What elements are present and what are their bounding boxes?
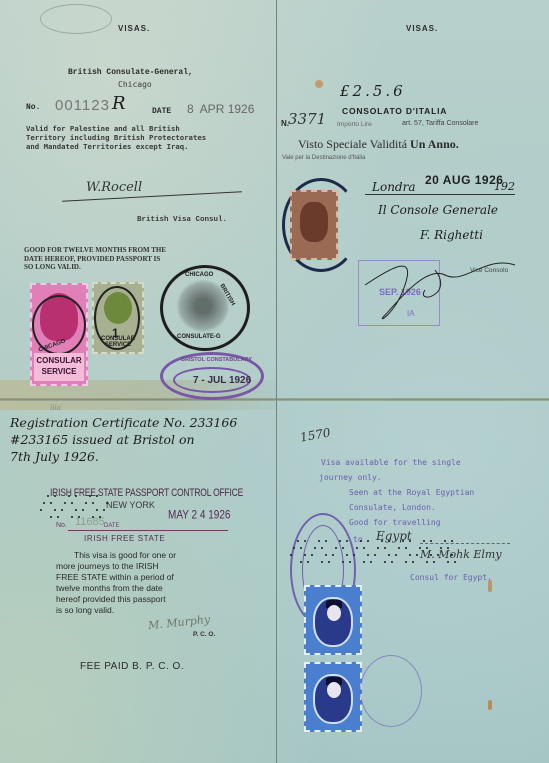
perforation-dot bbox=[325, 540, 327, 542]
perforation-dot bbox=[346, 540, 348, 542]
perforation-dot bbox=[92, 516, 94, 518]
consular-service-stamp-pink: CHICAGO CONSULAR SERVICE bbox=[30, 283, 88, 386]
date-value: 8 APR 1926 bbox=[187, 102, 254, 116]
king-portrait-icon bbox=[300, 202, 328, 242]
perforation-dot bbox=[321, 547, 323, 549]
perforation-dot bbox=[374, 554, 376, 556]
perforation-dot bbox=[388, 540, 390, 542]
perforation-dot bbox=[50, 502, 52, 504]
irish-visa-body: This visa is good for one or more journe… bbox=[56, 550, 230, 616]
perforation-dot bbox=[409, 554, 411, 556]
perforation-dot bbox=[444, 540, 446, 542]
perforation-dot bbox=[85, 502, 87, 504]
registration-certificate-note: Registration Certificate No. 233166 #233… bbox=[10, 414, 237, 465]
perforation-dot bbox=[451, 554, 453, 556]
king-fuad-portrait-icon bbox=[327, 605, 341, 621]
page-divider-horizontal bbox=[0, 398, 549, 401]
irish-date-label: DATE bbox=[104, 523, 120, 529]
perforation-dot bbox=[384, 561, 386, 563]
perforation-dot bbox=[342, 561, 344, 563]
consul-signature: W.Rocell bbox=[86, 180, 142, 195]
perforation-dot bbox=[106, 502, 108, 504]
perforation-dot bbox=[454, 561, 456, 563]
consul-line: Il Console Generale bbox=[378, 203, 498, 217]
visa-no-value: 001123 bbox=[55, 97, 110, 114]
page-divider-vertical bbox=[276, 0, 277, 763]
perforation-dot bbox=[381, 540, 383, 542]
perforation-dot bbox=[54, 495, 56, 497]
margin-note: lila bbox=[50, 404, 61, 412]
italy-no-value: 3371 bbox=[288, 110, 326, 128]
perforation-dot bbox=[75, 509, 77, 511]
perforation-dot bbox=[363, 547, 365, 549]
perforation-dot bbox=[423, 540, 425, 542]
perforation-dot bbox=[363, 561, 365, 563]
perforation-dot bbox=[405, 561, 407, 563]
egypt-visa-text: Visa available for the single journey on… bbox=[323, 455, 474, 530]
perforation-dot bbox=[57, 516, 59, 518]
perforation-dot bbox=[300, 547, 302, 549]
perforation-dot bbox=[304, 540, 306, 542]
fee-paid: FEE PAID B. P. C. O. bbox=[80, 661, 184, 672]
date-line bbox=[365, 194, 515, 195]
irish-no-label: No. bbox=[56, 522, 67, 529]
vice-consul-signature-flourish bbox=[355, 245, 525, 335]
perforation-dot bbox=[304, 554, 306, 556]
perforation-dot bbox=[370, 561, 372, 563]
passport-control-office: IRISH FREE STATE PASSPORT CONTROL OFFICE bbox=[50, 486, 243, 499]
perforation-dot bbox=[71, 502, 73, 504]
perforation-dot bbox=[430, 554, 432, 556]
perforation-dot bbox=[311, 554, 313, 556]
perforation-dot bbox=[318, 540, 320, 542]
perforation-dot bbox=[64, 502, 66, 504]
perforation-dot bbox=[96, 509, 98, 511]
perforation-dot bbox=[314, 547, 316, 549]
perforation-dot bbox=[398, 547, 400, 549]
perforation-dot bbox=[395, 554, 397, 556]
perforation-dot bbox=[430, 540, 432, 542]
perforation-dot bbox=[332, 554, 334, 556]
consulate-italia: CONSOLATO D'ITALIA bbox=[342, 106, 447, 116]
vice-consul-label: Vice Consolo bbox=[470, 267, 508, 274]
rust-spot bbox=[488, 580, 492, 592]
perforation-dot bbox=[300, 561, 302, 563]
perforation-dot bbox=[426, 547, 428, 549]
perforation-dot bbox=[360, 540, 362, 542]
bristol-stamp-date: 7 - JUL 1926 bbox=[193, 375, 251, 386]
egyptian-revenue-stamp-1 bbox=[304, 585, 362, 655]
stamp-label: CONSULAR SERVICE bbox=[34, 353, 84, 381]
perforation-dot bbox=[342, 547, 344, 549]
perforation-dot bbox=[290, 554, 292, 556]
perforation-dot bbox=[61, 509, 63, 511]
date-label: DATE bbox=[152, 107, 171, 116]
perforation-dot bbox=[419, 547, 421, 549]
consulate-name: British Consulate-General, bbox=[68, 68, 193, 77]
british-consulate-seal: BRITISH CONSULATE-GENERAL · CHICAGO CHIC… bbox=[160, 265, 250, 351]
perforation-dot bbox=[451, 540, 453, 542]
visas-heading-left: VISAS. bbox=[118, 24, 150, 33]
consul-signature-italy: F. Righetti bbox=[420, 228, 483, 242]
perforation-dot bbox=[405, 547, 407, 549]
perforation-dot bbox=[328, 561, 330, 563]
consul-for-egypt: Consul for Egypt. bbox=[410, 573, 492, 582]
perforation-dot bbox=[335, 547, 337, 549]
passport-visa-pages: VISAS. British Consulate-General, Chicag… bbox=[0, 0, 549, 763]
perforation-dot bbox=[426, 561, 428, 563]
perforation-dot bbox=[367, 554, 369, 556]
perforation-dot bbox=[412, 561, 414, 563]
no-line bbox=[68, 530, 228, 531]
rust-spot bbox=[488, 700, 492, 710]
king-fuad-portrait-icon bbox=[327, 682, 341, 698]
visas-heading-right: VISAS. bbox=[406, 24, 438, 33]
perforation-dot bbox=[416, 554, 418, 556]
egyptian-revenue-stamp-2 bbox=[304, 662, 362, 732]
irish-date: MAY 2 4 1926 bbox=[168, 509, 230, 522]
consular-service-stamp-green: 1 CONSULAR SERVICE bbox=[92, 282, 144, 354]
italy-date: 20 AUG 1926 bbox=[425, 173, 503, 187]
perforation-dot bbox=[71, 516, 73, 518]
signer-title: British Visa Consul. bbox=[137, 216, 227, 224]
perforation-dot bbox=[50, 516, 52, 518]
perforation-dot bbox=[54, 509, 56, 511]
faded-cancel-stamp bbox=[360, 655, 422, 727]
perforation-dot bbox=[353, 554, 355, 556]
perforation-dot bbox=[440, 547, 442, 549]
rust-spot bbox=[315, 80, 323, 88]
perforation-dot bbox=[92, 502, 94, 504]
perforation-dot bbox=[391, 561, 393, 563]
handwritten-fee: £2.5.6 bbox=[340, 82, 406, 100]
perforation-dot bbox=[339, 540, 341, 542]
year-suffix: 192 bbox=[494, 180, 515, 193]
handwritten-number: 1570 bbox=[299, 425, 332, 444]
pco-title: P. C. O. bbox=[193, 631, 215, 638]
perforation-dot bbox=[377, 547, 379, 549]
perforation-dot bbox=[96, 495, 98, 497]
perforation-dot bbox=[43, 502, 45, 504]
perforation-dot bbox=[433, 561, 435, 563]
perforation-dot bbox=[447, 547, 449, 549]
perforation-dot bbox=[325, 554, 327, 556]
perforation-dot bbox=[78, 516, 80, 518]
egypt-consul-signature: M. Mohk Elmy bbox=[420, 548, 502, 561]
perforation-dot bbox=[367, 540, 369, 542]
perforation-dot bbox=[409, 540, 411, 542]
to-line bbox=[420, 543, 510, 545]
faded-postmark bbox=[40, 4, 112, 34]
perforation-dot bbox=[447, 561, 449, 563]
valid-for-italy: Vale per la Destinazione d'Italia bbox=[282, 155, 365, 161]
perforation-dot bbox=[384, 547, 386, 549]
perforation-dot bbox=[388, 554, 390, 556]
stamp-label: CONSULAR SERVICE bbox=[97, 336, 139, 348]
perforation-dot bbox=[293, 547, 295, 549]
perforation-dot bbox=[47, 495, 49, 497]
perforation-dot bbox=[68, 495, 70, 497]
place-london: Londra bbox=[372, 180, 416, 194]
fee-line-tariffa: art. 57, Tariffa Consolare bbox=[402, 120, 478, 127]
perforation-dot bbox=[346, 554, 348, 556]
visa-title-italy: Visto Speciale Validitá Un Anno. bbox=[298, 137, 459, 152]
visa-no-suffix: R bbox=[112, 93, 126, 114]
perforation-dot bbox=[437, 554, 439, 556]
perforation-dot bbox=[321, 561, 323, 563]
perforation-dot bbox=[82, 509, 84, 511]
perforation-dot bbox=[356, 547, 358, 549]
consulate-city: Chicago bbox=[118, 80, 152, 89]
perforation-dot bbox=[402, 540, 404, 542]
perforation-dot bbox=[103, 509, 105, 511]
fee-line-importo: Importo Lire bbox=[337, 121, 372, 128]
italian-revenue-stamp bbox=[290, 190, 338, 260]
perforation-dot bbox=[349, 561, 351, 563]
validity-text: Valid for Palestine and all British Terr… bbox=[26, 124, 206, 151]
perforation-dot bbox=[99, 516, 101, 518]
perforation-dot bbox=[40, 509, 42, 511]
perforation-dot bbox=[307, 561, 309, 563]
good-for-text: GOOD FOR TWELVE MONTHS FROM THE DATE HER… bbox=[24, 246, 166, 272]
bristol-constabulary-stamp: BRISTOL CONSTABULARY 7 - JUL 1926 bbox=[160, 352, 264, 400]
perforation-dot bbox=[89, 495, 91, 497]
office-city: NEW YORK bbox=[106, 500, 155, 510]
perforation-dot bbox=[75, 495, 77, 497]
visa-no-label: No. bbox=[26, 103, 40, 112]
perforation-dot bbox=[297, 540, 299, 542]
irish-free-state-title: IRISH FREE STATE bbox=[84, 534, 165, 543]
